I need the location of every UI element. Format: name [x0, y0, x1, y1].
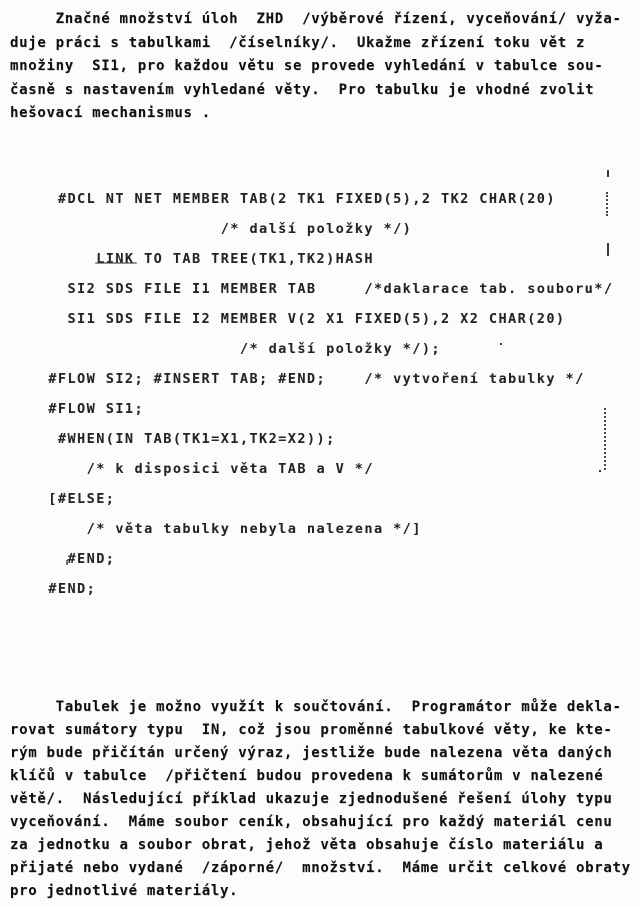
- code-line: SI1 SDS FILE I2 MEMBER V(2 X1 FIXED(5),2…: [10, 304, 640, 334]
- text-line: přijaté nebo vydané /záporné/ množství. …: [10, 857, 640, 880]
- scan-artifact: [599, 470, 601, 472]
- text-line: za jednotku a soubor obrat, jehož věta o…: [10, 834, 640, 857]
- intro-paragraph: Značné množství úloh ZHD /výběrové řízen…: [0, 0, 640, 126]
- text-line: vyceňování. Máme soubor ceník, obsahujíc…: [10, 811, 640, 834]
- scan-artifact: [500, 343, 502, 345]
- text-line: rým bude přičítán určený výraz, jestliže…: [10, 742, 640, 765]
- scan-artifact: [607, 243, 609, 256]
- code-line: [#ELSE;: [10, 484, 640, 514]
- code-line: /* další položky */): [10, 214, 640, 244]
- scan-artifact: [606, 192, 610, 216]
- code-line: #END;: [10, 544, 640, 574]
- code-line: SI2 SDS FILE I1 MEMBER TAB /*daklarace t…: [10, 274, 640, 304]
- code-line: #FLOW SI2; #INSERT TAB; #END; /* vytvoře…: [10, 364, 640, 394]
- code-line: /* další položky */);: [10, 334, 640, 364]
- text-line: rovat sumátory typu IN, což jsou proměnn…: [10, 719, 640, 742]
- scan-artifact: [66, 560, 68, 565]
- text-line: množiny SI1, pro každou větu se provede …: [10, 55, 640, 79]
- document-page: Značné množství úloh ZHD /výběrové řízen…: [0, 0, 640, 906]
- code-listing: #DCL NT NET MEMBER TAB(2 TK1 FIXED(5),2 …: [0, 184, 640, 604]
- scan-artifact: [95, 262, 137, 264]
- text-line: Značné množství úloh ZHD /výběrové řízen…: [10, 8, 640, 32]
- scan-artifact: [604, 408, 608, 470]
- code-line: #DCL NT NET MEMBER TAB(2 TK1 FIXED(5),2 …: [10, 184, 640, 214]
- code-line: #END;: [10, 574, 640, 604]
- code-line: #FLOW SI1;: [10, 394, 640, 424]
- text-line: pro jednotlivé materiály.: [10, 880, 640, 903]
- text-line: duje práci s tabulkami /číselníky/. Ukaž…: [10, 32, 640, 56]
- summary-paragraph: Tabulek je možno využít k součtování. Pr…: [0, 696, 640, 903]
- code-line: /* věta tabulky nebyla nalezena */]: [10, 514, 640, 544]
- scan-artifact: [607, 170, 609, 177]
- code-line: #WHEN(IN TAB(TK1=X1,TK2=X2));: [10, 424, 640, 454]
- text-line: větě/. Následující příklad ukazuje zjedn…: [10, 788, 640, 811]
- code-line: LINK TO TAB TREE(TK1,TK2)HASH: [10, 244, 640, 274]
- code-line: /* k disposici věta TAB a V */: [10, 454, 640, 484]
- text-line: hešovací mechanismus .: [10, 102, 640, 126]
- text-line: Tabulek je možno využít k součtování. Pr…: [10, 696, 640, 719]
- text-line: klíčů v tabulce /přičtení budou proveden…: [10, 765, 640, 788]
- text-line: časně s nastavením vyhledané věty. Pro t…: [10, 79, 640, 103]
